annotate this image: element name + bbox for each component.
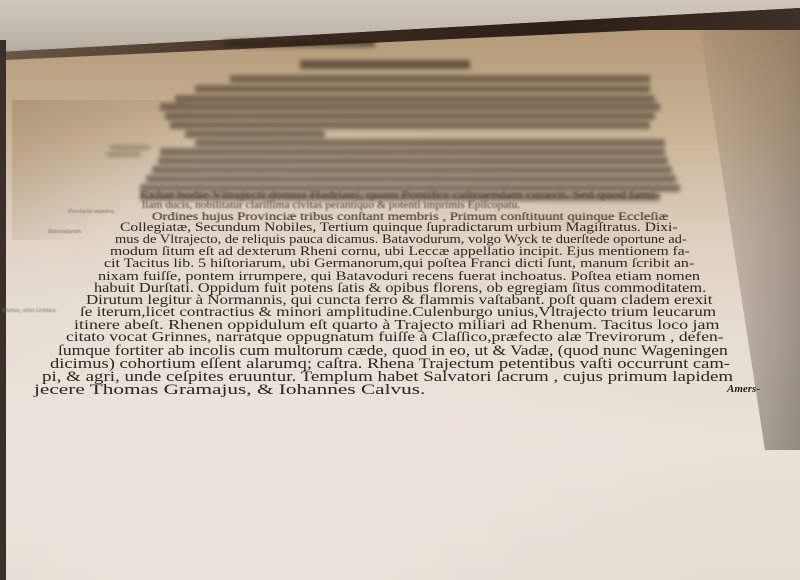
blurred-line (175, 95, 655, 103)
blurred-line (152, 166, 672, 174)
blurred-margin-note (110, 145, 150, 150)
blurred-line (160, 103, 660, 111)
blurred-line (146, 175, 676, 183)
blurred-line (230, 75, 650, 83)
body-text-line: jecere Thomas Gramajus, & Iohannes Calvu… (34, 382, 425, 399)
blurred-line (165, 112, 655, 120)
blurred-line (195, 85, 650, 93)
catchword: Amers- (727, 383, 760, 395)
blurred-line (170, 121, 650, 129)
blurred-line (158, 157, 668, 165)
blurred-line (160, 148, 665, 156)
blurred-line (195, 139, 665, 147)
blurred-text-region (0, 0, 800, 200)
margin-note: Batavodurum. (48, 229, 82, 235)
margin-note: Rhenus, alias Grinnes. (2, 308, 57, 314)
blurred-margin-note (106, 152, 141, 157)
blurred-running-head (225, 40, 375, 47)
margin-note: Provinciæ membra. (68, 209, 115, 215)
blurred-heading (300, 60, 470, 69)
blurred-line (185, 130, 325, 138)
